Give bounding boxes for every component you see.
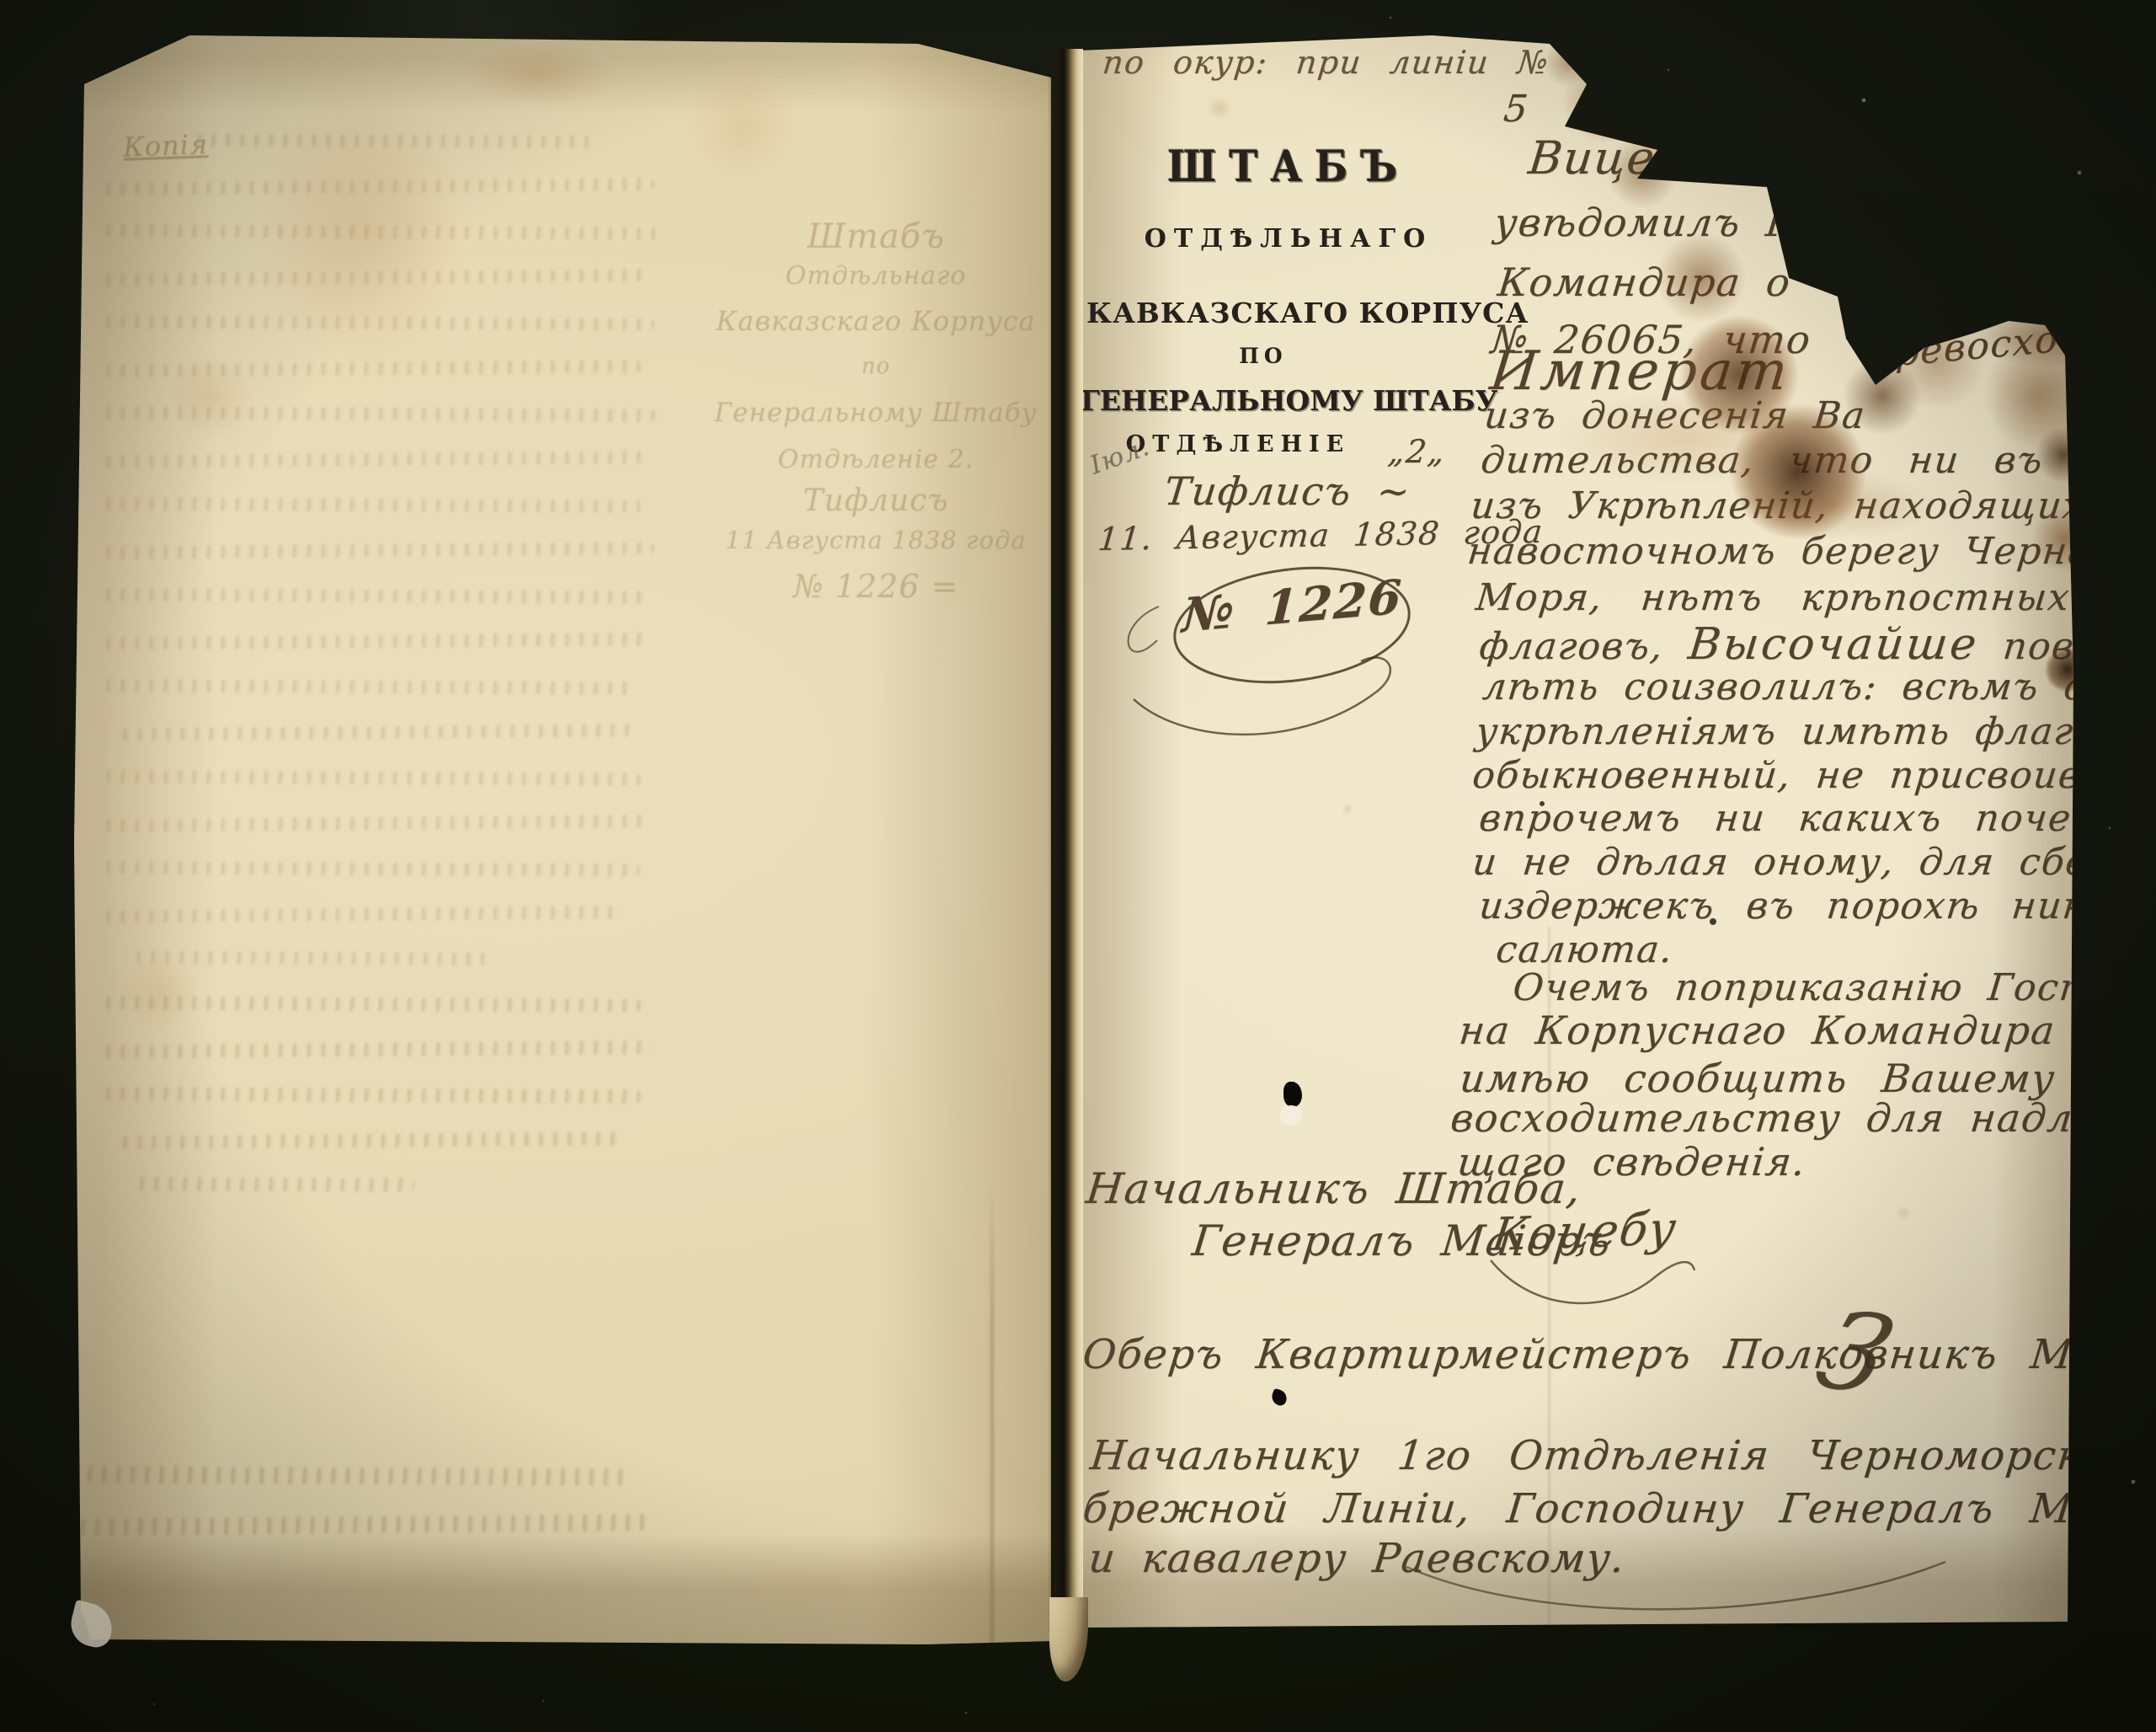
ghost-letterhead-line: Кавказскаго Корпуса — [699, 305, 1053, 337]
page-curl — [1049, 1597, 1088, 1681]
ghost-letterhead-line: по — [699, 354, 1053, 379]
left-page-heading: Копія — [122, 128, 208, 163]
ink-speck — [1540, 801, 1545, 806]
ghost-line — [103, 1040, 652, 1059]
ghost-line — [103, 315, 654, 330]
ghost-letterhead-line: Штабъ — [699, 217, 1053, 256]
ghost-line — [103, 451, 650, 468]
ghost-line — [103, 360, 642, 377]
ghost-line — [103, 269, 648, 286]
ghost-line — [120, 1131, 625, 1149]
ghost-line — [103, 861, 640, 876]
ghost-line — [103, 815, 650, 832]
ghost-line — [103, 178, 654, 195]
ghost-line — [103, 497, 642, 512]
ghost-line — [84, 1466, 627, 1485]
ghost-line — [136, 1177, 414, 1192]
ghost-line — [103, 770, 642, 785]
paper-hole — [1283, 1082, 1302, 1107]
ghost-line — [103, 906, 623, 922]
book-gutter — [1048, 49, 1083, 1633]
archival-photo: Копія Штабъ Отдѣльнаго Кавказскаго Корпу… — [0, 0, 2156, 1732]
margin-mark-superscript: 6 — [1597, 98, 1617, 127]
ghost-line — [77, 1514, 648, 1536]
ghost-line — [103, 224, 660, 239]
ghost-letterhead-line: Отдѣленіе 2. — [699, 445, 1053, 474]
ghost-letterhead-line: Генеральному Штабу — [699, 398, 1053, 428]
ghost-line — [194, 134, 598, 149]
ghost-line — [133, 951, 495, 965]
ink-speck — [1710, 918, 1716, 925]
ghost-line — [103, 588, 646, 603]
ghost-line — [103, 679, 633, 694]
dust-specks — [0, 0, 2, 2]
page-crease — [1548, 927, 1550, 1626]
ghost-line — [103, 406, 657, 421]
ghost-line — [103, 1087, 642, 1103]
ghost-line — [103, 633, 650, 650]
paper-chip — [1280, 1105, 1302, 1125]
ghost-letterhead-line: Тифлисъ — [699, 484, 1053, 518]
ghost-letterhead-line: № 1226 = — [699, 568, 1053, 605]
page-crease — [990, 1179, 994, 1643]
ghost-line — [103, 996, 642, 1012]
ghost-letterhead-line: Отдѣльнаго — [699, 261, 1053, 291]
ghost-letterhead-line: 11 Августа 1838 года — [699, 526, 1053, 554]
ghost-line — [103, 542, 654, 559]
ghost-line — [120, 724, 632, 740]
